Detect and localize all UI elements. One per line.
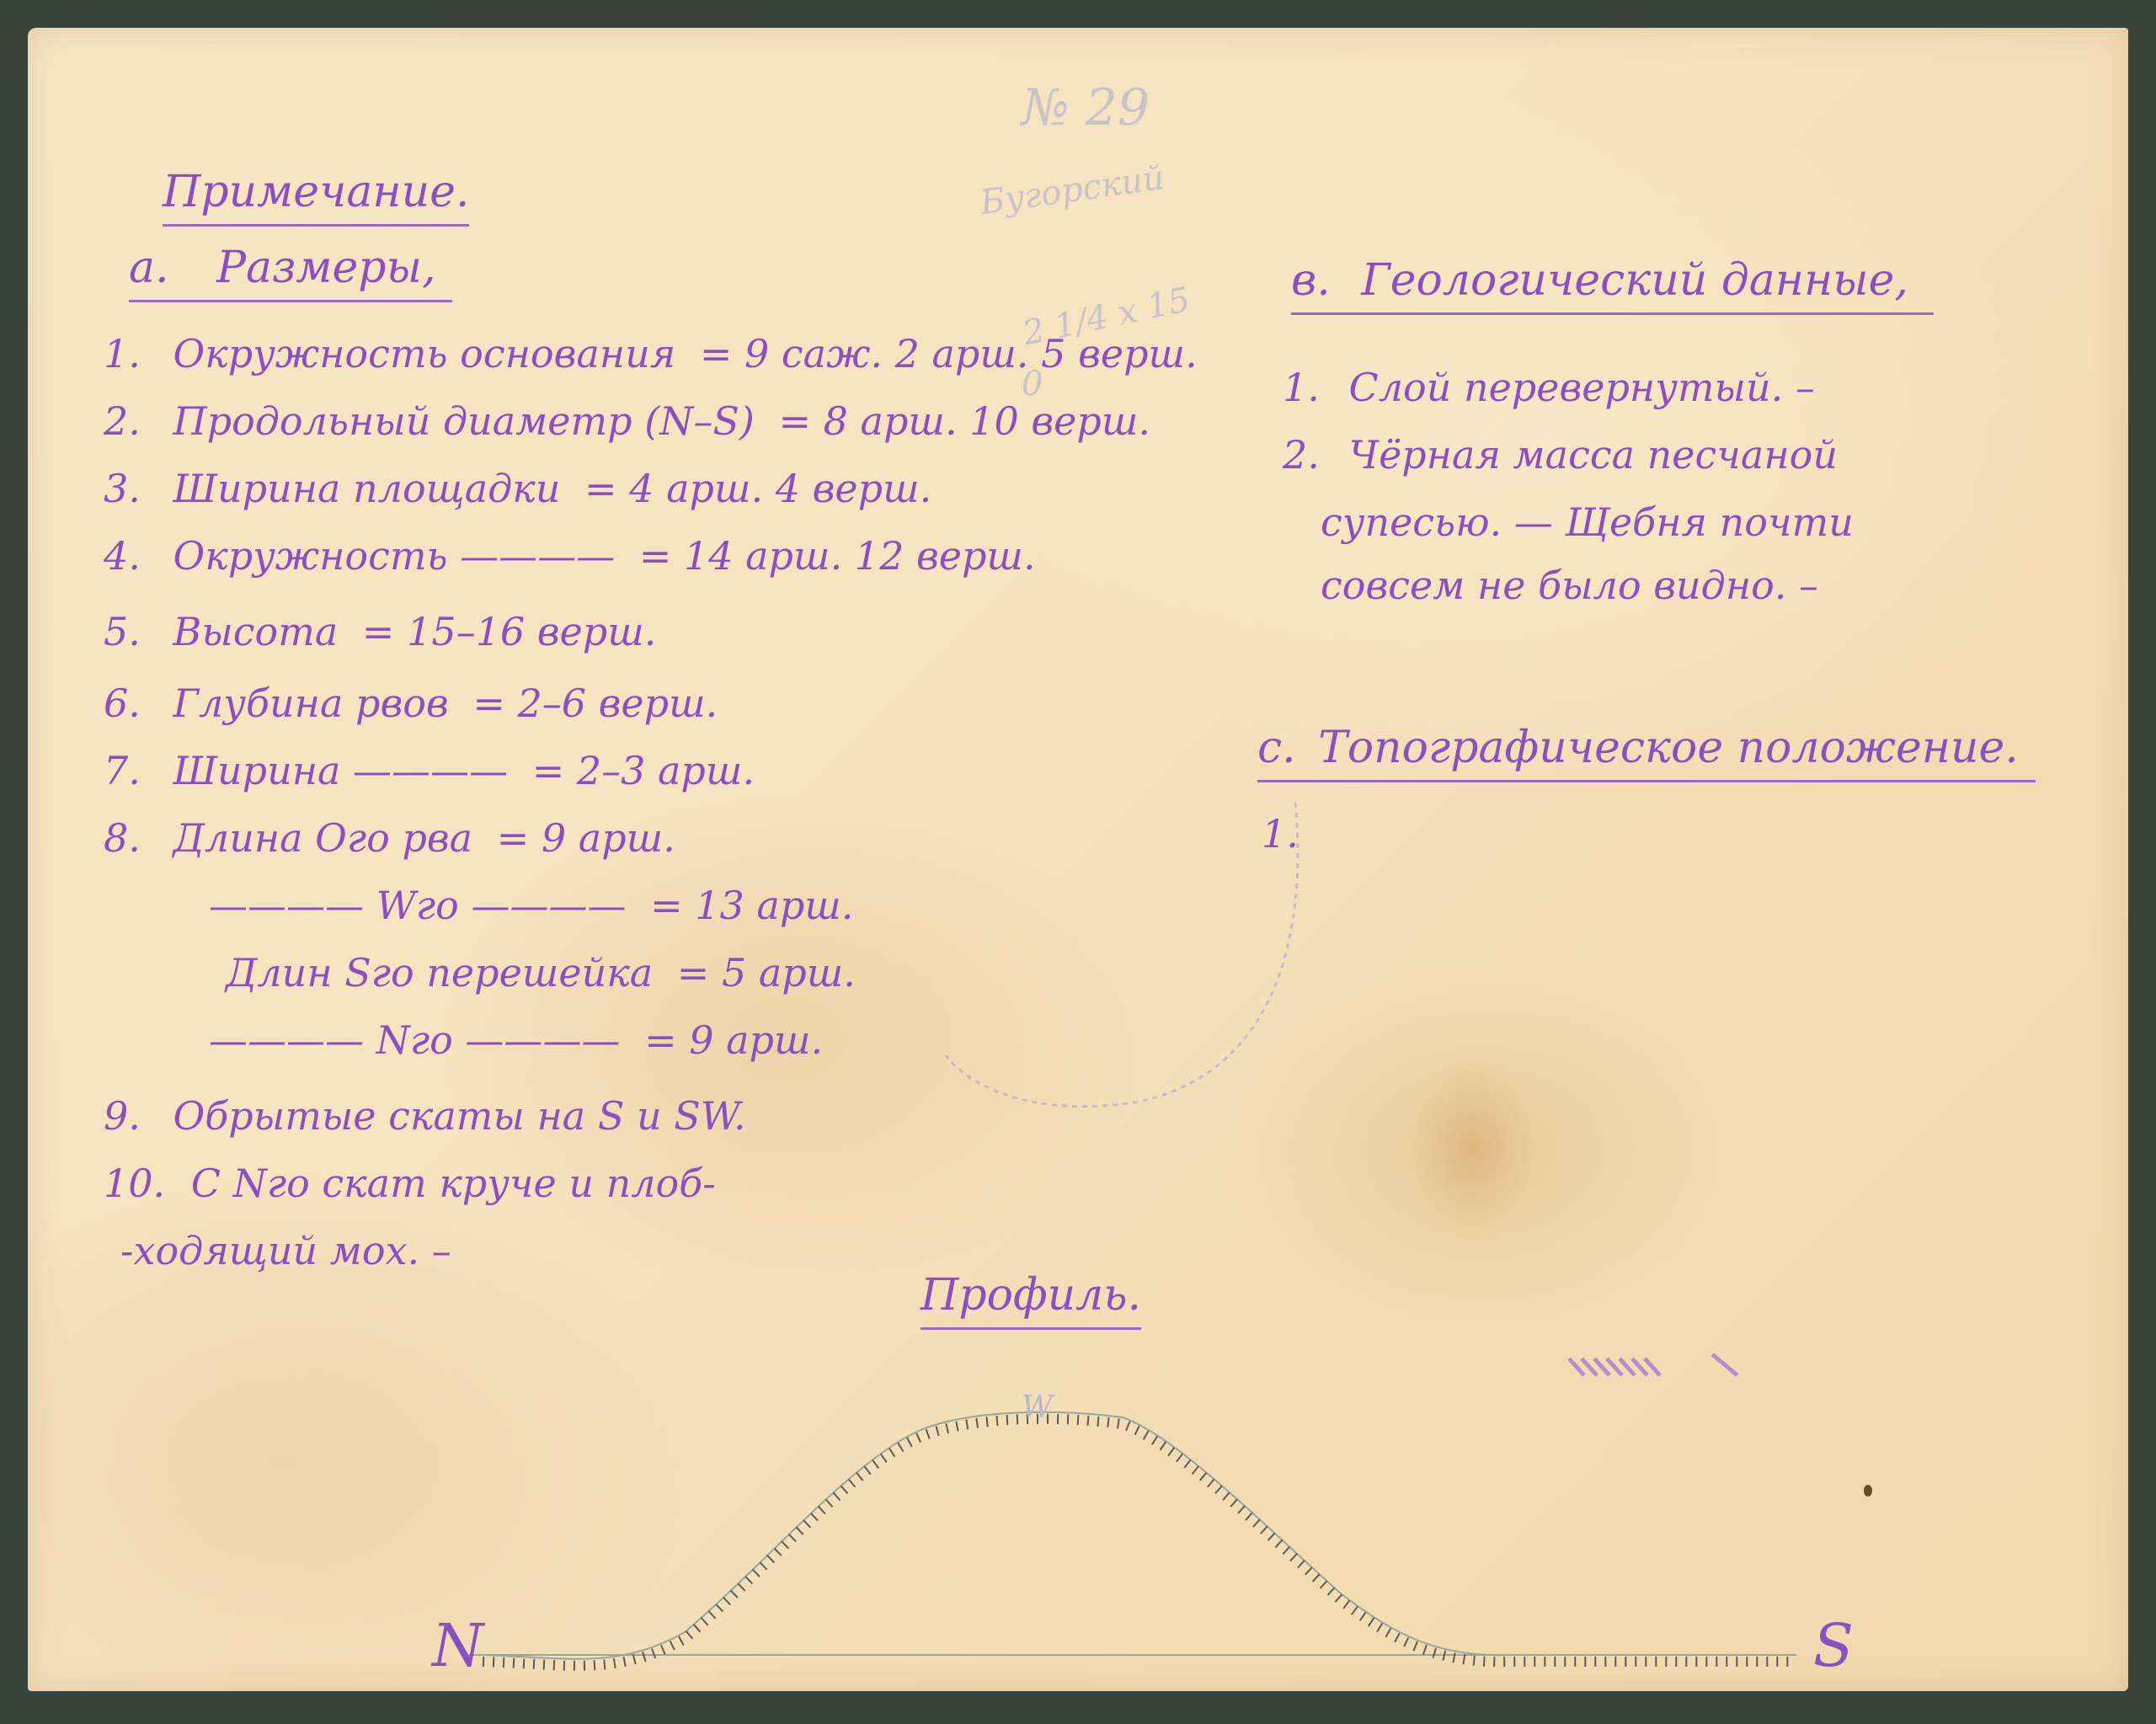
profile-south-label: S (1813, 1611, 1854, 1680)
mound-hachures (483, 1419, 1796, 1666)
mound-outline (483, 1412, 1796, 1659)
profile-diagram: N S W (28, 28, 2128, 1691)
ink-scribble (1569, 1354, 1737, 1375)
profile-north-label: N (430, 1611, 486, 1680)
faint-stamp-arc (946, 803, 1298, 1107)
manuscript-page: № 29 Бугорский 2 1/4 х 15 0 Примечание. … (28, 28, 2128, 1691)
profile-top-mark: W (1022, 1390, 1055, 1425)
